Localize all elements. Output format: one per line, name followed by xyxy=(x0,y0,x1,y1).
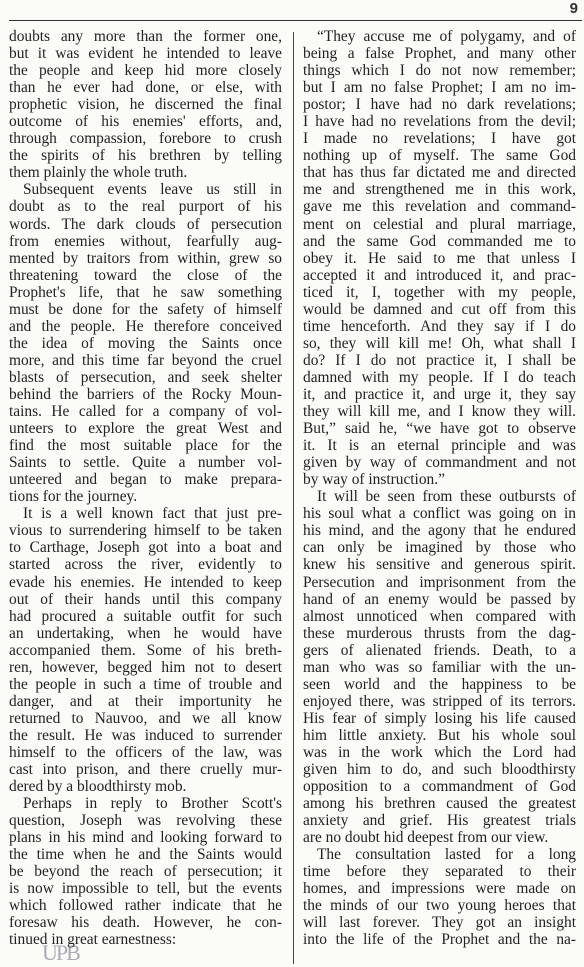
text-line: His fear of simply losing his life cause… xyxy=(303,710,576,727)
text-line: Persecution and imprisonment from the xyxy=(303,574,576,591)
text-line: time henceforth. And they say if I do xyxy=(303,318,576,335)
text-line: seen world and the happiness to be xyxy=(303,676,576,693)
text-line: behind the barriers of the Rocky Moun- xyxy=(9,386,282,403)
text-line: it, and practice it, and urge it, they s… xyxy=(303,386,576,403)
text-line: given by way of commandment and not xyxy=(303,454,576,471)
text-line: obey it. He said to me that unless I xyxy=(303,250,576,267)
text-line: but it was evident he intended to leave xyxy=(9,45,282,62)
text-line: it. It is an eternal principle and was xyxy=(303,437,576,454)
text-line: enjoyed there, was stripped of its terro… xyxy=(303,693,576,710)
text-line: his mind, and the agony that he endured xyxy=(303,522,576,539)
text-line: find the most suitable place for the xyxy=(9,437,282,454)
text-line: out of their hands until this company xyxy=(9,591,282,608)
text-line: but I am no false Prophet; I am no im- xyxy=(303,79,576,96)
text-line: his soul what a conflict was going on in xyxy=(303,505,576,522)
text-line: through compassion, forebore to crush xyxy=(9,130,282,147)
watermark-logo: UPB xyxy=(42,940,79,966)
text-line: things which I do not now remember; xyxy=(303,62,576,79)
text-line: prophetic vision, he discerned the final xyxy=(9,96,282,113)
text-line: which followed rather indicate that he xyxy=(9,897,282,914)
left-column: doubts any more than the former one,but … xyxy=(9,28,282,949)
header-rule xyxy=(9,20,582,21)
text-line: blasts of persecution, and seek shelter xyxy=(9,369,282,386)
text-line: unteered and began to make prepara- xyxy=(9,471,282,488)
text-line: threatening toward the close of the xyxy=(9,267,282,284)
text-line: evade his enemies. He intended to keep xyxy=(9,574,282,591)
text-line: Subsequent events leave us still in xyxy=(9,181,282,198)
text-line: the spirits of his brethren by telling xyxy=(9,147,282,164)
text-line: is now impossible to tell, but the event… xyxy=(9,880,282,897)
text-line: homes, and impressions were made on xyxy=(303,880,576,897)
text-line: danger, and at their importunity he xyxy=(9,693,282,710)
text-line: will last forever. They got an insight xyxy=(303,914,576,931)
text-line: It is a well known fact that just pre- xyxy=(9,505,282,522)
text-line: the time when he and the Saints would xyxy=(9,846,282,863)
right-column: “They accuse me of polygamy, and ofbeing… xyxy=(303,28,576,949)
text-line: them plainly the whole truth. xyxy=(9,164,282,181)
text-line: The consultation lasted for a long xyxy=(303,846,576,863)
text-line: anxiety and grief. His greatest trials xyxy=(303,812,576,829)
text-line: foresaw his death. However, he con- xyxy=(9,914,282,931)
text-line: him little anxiety. But his whole soul xyxy=(303,727,576,744)
text-line: himself to the officers of the law, was xyxy=(9,744,282,761)
text-line: nothing up of myself. The same God xyxy=(303,147,576,164)
page-number: 9 xyxy=(570,0,578,17)
text-line: hand of an enemy would be passed by xyxy=(303,591,576,608)
text-line: than he ever had done, or else, with xyxy=(9,79,282,96)
text-line: doubt as to the real purport of his xyxy=(9,198,282,215)
text-line: started across the river, evidently to xyxy=(9,556,282,573)
text-line: had procured a suitable outfit for such xyxy=(9,608,282,625)
text-line: dered by a bloodthirsty mob. xyxy=(9,778,282,795)
text-line: tions for the journey. xyxy=(9,488,282,505)
text-line: Perhaps in reply to Brother Scott's xyxy=(9,795,282,812)
text-line: the people in such a time of trouble and xyxy=(9,676,282,693)
text-line: doubts any more than the former one, xyxy=(9,28,282,45)
text-line: they will kill me, and I know they will. xyxy=(303,403,576,420)
text-line: the minds of our two young heroes that xyxy=(303,897,576,914)
text-line: given him to do, and such bloodthirsty xyxy=(303,761,576,778)
text-line: I have had no revelations from the devil… xyxy=(303,113,576,130)
text-line: can only be imagined by those who xyxy=(303,539,576,556)
text-line: the people and keep hid more closely xyxy=(9,62,282,79)
text-line: be beyond the reach of persecution; it xyxy=(9,863,282,880)
text-line: But,” said he, “we have got to observe xyxy=(303,420,576,437)
text-line: vious to surrendering himself to be take… xyxy=(9,522,282,539)
text-line: almost unnoticed when compared with xyxy=(303,608,576,625)
text-line: opposition to a commandment of God xyxy=(303,778,576,795)
text-line: “They accuse me of polygamy, and of xyxy=(303,28,576,45)
text-line: time before they separated to their xyxy=(303,863,576,880)
text-line: gers of alienated friends. Death, to a xyxy=(303,642,576,659)
text-line: must be done for the safety of himself xyxy=(9,301,282,318)
text-line: by way of instruction.” xyxy=(303,471,576,488)
text-line: Prophet's life, that he saw something xyxy=(9,284,282,301)
text-line: more, and this time far beyond the cruel xyxy=(9,352,282,369)
text-line: was in the work which the Lord had xyxy=(303,744,576,761)
text-line: so, they will kill me! Oh, what shall I xyxy=(303,335,576,352)
text-line: It will be seen from these outbursts of xyxy=(303,488,576,505)
text-line: an undertaking, when he would have xyxy=(9,625,282,642)
text-line: gave me this revelation and command- xyxy=(303,198,576,215)
text-line: being a false Prophet, and many other xyxy=(303,45,576,62)
text-line: the result. He was induced to surrender xyxy=(9,727,282,744)
text-line: I made no revelations; I have got xyxy=(303,130,576,147)
text-line: mented by traitors from within, grew so xyxy=(9,250,282,267)
text-line: to Carthage, Joseph got into a boat and xyxy=(9,539,282,556)
text-line: are no doubt hid deepest from our view. xyxy=(303,829,576,846)
text-line: and the people. He therefore conceived xyxy=(9,318,282,335)
text-line: damned with my people. If I do teach xyxy=(303,369,576,386)
text-line: the idea of moving the Saints once xyxy=(9,335,282,352)
text-line: ticed it, I, together with my people, xyxy=(303,284,576,301)
text-line: ment on celestial and plural marriage, xyxy=(303,216,576,233)
text-line: postor; I have had no dark revelations; xyxy=(303,96,576,113)
text-line: and the same God commanded me to xyxy=(303,233,576,250)
text-line: tains. He called for a company of vol- xyxy=(9,403,282,420)
column-divider xyxy=(293,32,294,964)
text-line: accepted it and introduced it, and prac- xyxy=(303,267,576,284)
text-line: question, Joseph was revolving these xyxy=(9,812,282,829)
text-line: me and strengthened me in this work, xyxy=(303,181,576,198)
text-line: accompanied them. Some of his breth- xyxy=(9,642,282,659)
text-line: from enemies without, fearfully aug- xyxy=(9,233,282,250)
text-line: outcome of his enemies' efforts, and, xyxy=(9,113,282,130)
text-line: that has thus far dictated me and direct… xyxy=(303,164,576,181)
text-line: plans in his mind and looking forward to xyxy=(9,829,282,846)
text-line: knew his sensitive and generous spirit. xyxy=(303,556,576,573)
text-line: ren, however, begged him not to desert xyxy=(9,659,282,676)
text-line: would be damned and cut off from this xyxy=(303,301,576,318)
text-line: returned to Nauvoo, and we all know xyxy=(9,710,282,727)
text-line: into the life of the Prophet and the na- xyxy=(303,931,576,948)
text-line: Saints to settle. Quite a number vol- xyxy=(9,454,282,471)
text-line: man who was so familiar with the un- xyxy=(303,659,576,676)
text-line: among his brethren caused the greatest xyxy=(303,795,576,812)
text-line: cast into prison, and there cruelly mur- xyxy=(9,761,282,778)
text-line: unteers to explore the great West and xyxy=(9,420,282,437)
text-line: words. The dark clouds of persecution xyxy=(9,216,282,233)
text-line: do? If I do not practice it, I shall be xyxy=(303,352,576,369)
text-line: these murderous thrusts from the dag- xyxy=(303,625,576,642)
